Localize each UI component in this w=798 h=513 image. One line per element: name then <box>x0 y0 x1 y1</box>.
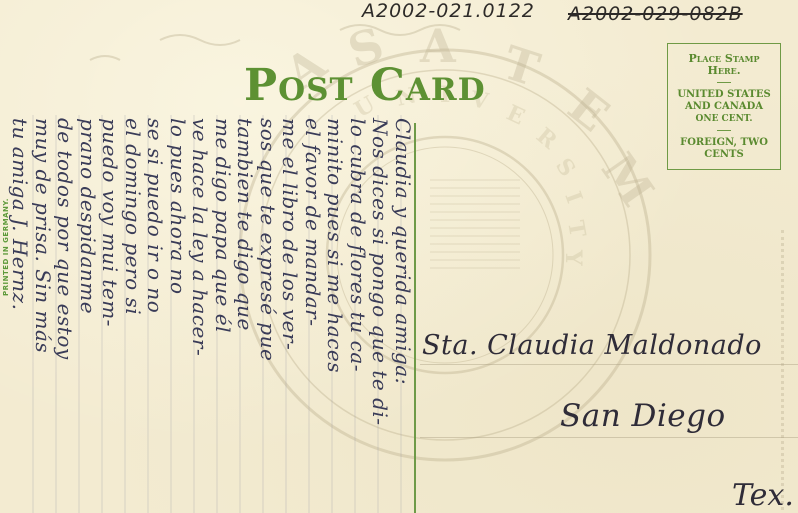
message-line: sos que te expresé pue <box>257 118 280 513</box>
svg-text:R: R <box>531 123 562 155</box>
accession-number: A2002-021.0122 <box>362 0 535 22</box>
message-line: lo pues ahora no <box>167 118 190 513</box>
svg-text:M: M <box>591 143 664 216</box>
message-line: de todos por que estoy <box>54 118 77 513</box>
message-line: lo cubra de flores tu ca- <box>347 118 370 513</box>
stamp-box-line: ONE CENT. <box>668 113 780 125</box>
handwritten-message: Claudia y querida amiga:Nos dices si pon… <box>9 118 414 513</box>
message-line: muy de prisa. Sin más <box>32 118 55 513</box>
message-line: ve hace la ley a hacer- <box>189 118 212 513</box>
stamp-box-line: FOREIGN, TWO <box>668 137 780 149</box>
svg-text:E: E <box>502 100 528 131</box>
svg-text:Y: Y <box>560 249 586 266</box>
svg-text:T: T <box>562 219 591 240</box>
svg-text:T: T <box>497 35 546 97</box>
message-line: Claudia y querida amiga: <box>392 118 415 513</box>
recipient-state: Tex. <box>732 478 794 513</box>
message-line: se si puedo ir o no <box>144 118 167 513</box>
message-line: Nos dices si pongo que te di- <box>369 118 392 513</box>
recipient-name: Sta. Claudia Maldonado <box>422 330 762 361</box>
postcard-title: Post Card <box>244 64 486 108</box>
address-rule <box>420 364 798 365</box>
stamp-box-line: AND CANADA <box>668 101 780 113</box>
stamp-box-divider <box>717 130 731 131</box>
message-line: el domingo pero si <box>122 118 145 513</box>
postcard: A S A T E M U N I V E R S I T Y <box>0 0 798 513</box>
stamp-box-line: CENTS <box>668 149 780 161</box>
crossed-out-accession-number: A2002-029-082B <box>568 3 743 25</box>
stamp-box-line: Here. <box>668 65 780 77</box>
message-line: tu amiga J. Hernz. <box>9 118 32 513</box>
stamp-box: Place Stamp Here. UNITED STATES AND CANA… <box>667 43 781 170</box>
svg-text:S: S <box>550 154 580 182</box>
embossed-border <box>761 230 784 510</box>
message-line: minito pues si me haces <box>324 118 347 513</box>
message-line: me el libro de los ver- <box>279 118 302 513</box>
svg-text:E: E <box>558 78 619 142</box>
stamp-box-divider <box>717 82 731 83</box>
message-line: puedo voy mui tem- <box>99 118 122 513</box>
message-line: tambien te digo que <box>234 118 257 513</box>
message-line: prano despidanme <box>77 118 100 513</box>
svg-text:I: I <box>559 188 587 207</box>
stamp-box-line: UNITED STATES <box>668 89 780 101</box>
recipient-city: San Diego <box>560 398 726 434</box>
address-rule <box>420 437 798 438</box>
message-line: me digo papa que él <box>212 118 235 513</box>
message-line: el favor de mandar- <box>302 118 325 513</box>
